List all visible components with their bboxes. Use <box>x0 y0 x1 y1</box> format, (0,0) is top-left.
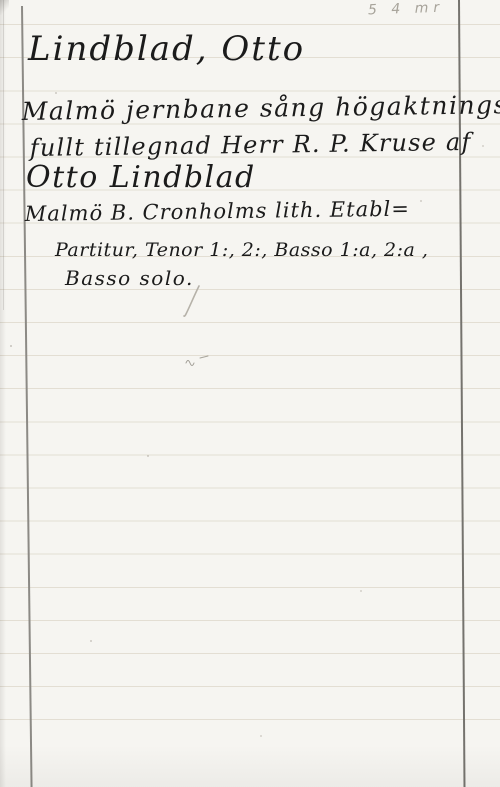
pencil-smudge-mark <box>184 353 212 367</box>
paper-specks <box>10 345 12 347</box>
handwritten-title-line-2: fullt tillegnad Herr R. P. Kruse af <box>30 129 472 162</box>
scan-corner-mark <box>0 0 9 15</box>
handwritten-basso-solo-line: Basso solo. <box>65 267 194 289</box>
scan-shadow-bottom <box>0 745 500 787</box>
handwritten-parts-line: Partitur, Tenor 1:, 2:, Basso 1:a, 2:a , <box>55 240 428 261</box>
pencil-check-mark <box>183 284 201 318</box>
pencil-shelfmark-annotation: 5 4 mr <box>368 0 445 18</box>
page-left-edge-line <box>3 0 4 310</box>
catalog-card-page: 5 4 mr Lindblad, Otto Malmö jernbane sån… <box>0 0 500 787</box>
handwritten-author-line: Otto Lindblad <box>26 161 256 194</box>
handwritten-imprint-line: Malmö B. Cronholms lith. Etabl= <box>25 198 410 226</box>
handwritten-title-line-1: Malmö jernbane sång högaktnings= <box>22 91 500 126</box>
handwritten-heading-composer: Lindblad, Otto <box>28 31 305 68</box>
